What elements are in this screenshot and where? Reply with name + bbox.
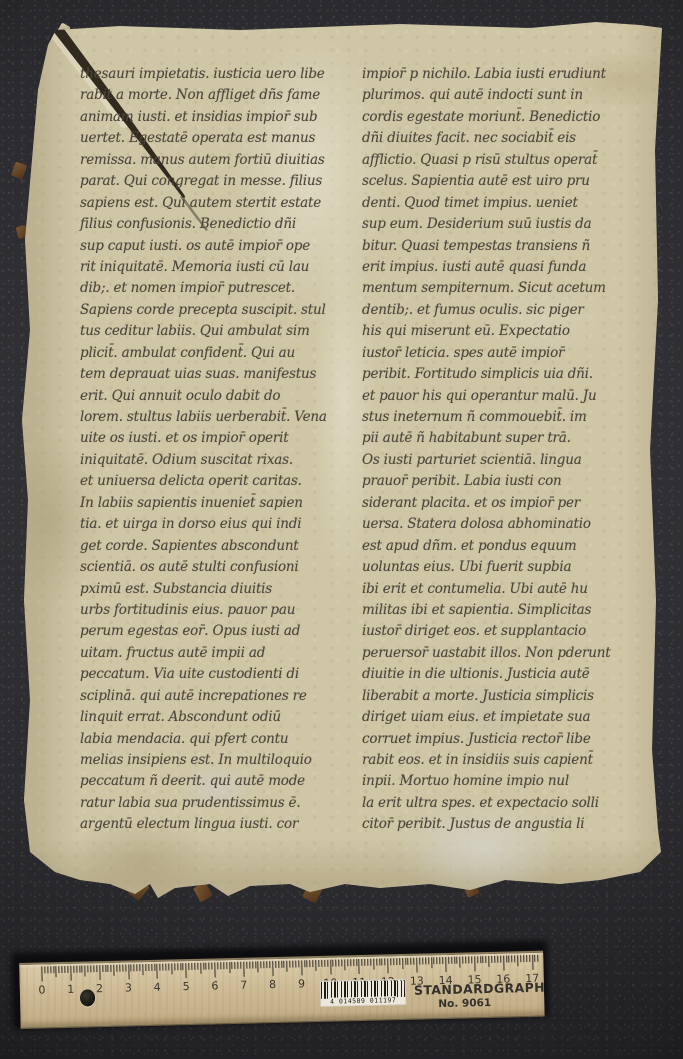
ruler-tick (136, 964, 137, 971)
manuscript-line: Os iusti parturiet scientiā. lingua (362, 450, 654, 471)
ruler-tick (324, 960, 325, 967)
ruler-tick (258, 961, 259, 972)
manuscript-line: diriget uiam eius. et impietate sua (362, 707, 654, 728)
ruler-tick (183, 963, 184, 970)
ruler-tick (220, 962, 221, 969)
ruler-tick (160, 964, 161, 971)
ruler-tick (76, 966, 77, 973)
manuscript-line: perum egestas eor̄. Opus iusti ad (80, 621, 356, 642)
manuscript-line: denti. Quod timet impius. ueniet (362, 193, 654, 214)
manuscript-line: sup caput iusti. os autē impior̄ ope (80, 236, 356, 257)
ruler-tick (99, 965, 100, 980)
ruler-tick (341, 959, 342, 966)
ruler-tick (485, 956, 486, 963)
ruler-tick (500, 956, 501, 963)
ruler-tick (292, 961, 293, 968)
ruler-tick (347, 959, 348, 966)
ruler-tick (142, 964, 143, 975)
manuscript-line: cordis egestate moriunt̄. Benedictio (362, 107, 654, 128)
ruler-tick (162, 964, 163, 971)
manuscript-line: uersa. Statera dolosa abhominatio (362, 514, 654, 535)
ruler-tick (439, 957, 440, 964)
ruler-tick (125, 964, 126, 971)
ruler-cm-number: 1 (67, 983, 74, 996)
ruler-tick (145, 964, 146, 971)
manuscript-line: scelus. Sapientia autē est uiro pru (362, 171, 654, 192)
manuscript-line: sup eum. Desiderium suū iustis da (362, 214, 654, 235)
ruler-tick (379, 959, 380, 966)
ruler-tick (269, 961, 270, 968)
torn-edge-fragment (11, 161, 27, 179)
ruler-tick (93, 965, 94, 972)
ruler-hanging-hole (80, 989, 95, 1006)
ruler-tick (226, 962, 227, 969)
manuscript-line: siderant placita. et os impior̄ per (362, 493, 654, 514)
ruler-tick (359, 959, 360, 974)
ruler-cm-number: 0 (38, 983, 45, 996)
ruler-tick (119, 965, 120, 972)
ruler-tick (177, 963, 178, 970)
ruler-cm-number: 3 (125, 981, 132, 994)
manuscript-line: uoluntas eius. Ubi fuerit supbia (362, 557, 654, 578)
ruler-tick (376, 959, 377, 966)
ruler-tick (275, 961, 276, 968)
ruler-tick (336, 960, 337, 967)
manuscript-line: thesauri impietatis. iusticia uero libe (80, 64, 356, 85)
manuscript-line: parat. Qui congregat in messe. filius (80, 171, 356, 192)
manuscript-line: argentū electum lingua iusti. cor (80, 814, 356, 835)
manuscript-line: sapiens est. Qui autem stertit estate (80, 193, 356, 214)
ruler-tick (232, 962, 233, 969)
ruler-tick (186, 963, 187, 978)
ruler-tick (411, 958, 412, 965)
manuscript-line: uitam. fructus autē impii ad (80, 643, 356, 664)
ruler-tick (310, 960, 311, 967)
ruler-tick (448, 957, 449, 964)
ruler-tick (191, 963, 192, 970)
ruler-tick (168, 963, 169, 970)
ruler-tick (110, 965, 111, 972)
ruler-tick (278, 961, 279, 968)
ruler-tick (436, 957, 437, 964)
ruler-tick (87, 965, 88, 972)
ruler-tick (408, 958, 409, 965)
ruler-tick (387, 958, 388, 973)
ruler-tick (240, 962, 241, 969)
ruler-cm-number: 8 (269, 978, 276, 991)
ruler-cm-number: 2 (96, 982, 103, 995)
barcode-digits: 4 014509 011197 (329, 996, 397, 1006)
ruler-tick (165, 964, 166, 971)
manuscript-line: dñi diuites facit. nec sociabit̄ eis (362, 128, 654, 149)
ruler-tick (537, 955, 538, 962)
ruler-cm-number: 5 (182, 980, 189, 993)
manuscript-line: prauor̄ peribit. Labia iusti con (362, 471, 654, 492)
ruler-tick (506, 956, 507, 963)
ruler-cm-number: 7 (240, 979, 247, 992)
ruler-tick (396, 958, 397, 965)
ruler-tick (252, 962, 253, 969)
barcode: 4 014509 011197 (320, 979, 407, 1007)
ruler-tick (425, 957, 426, 964)
ruler-tick (200, 963, 201, 974)
ruler-tick (180, 963, 181, 970)
ruler-tick (370, 959, 371, 966)
manuscript-line: iniquitatē. Odium suscitat rixas. (80, 450, 356, 471)
ruler-tick (353, 959, 354, 966)
ruler-tick (79, 966, 80, 973)
manuscript-column-right: impior̄ p nichilo. Labia iusti erudiuntp… (362, 64, 654, 836)
ruler-tick (96, 965, 97, 972)
ruler-tick (356, 959, 357, 966)
ruler-tick (102, 965, 103, 972)
ruler-tick (171, 963, 172, 974)
ruler-tick (90, 965, 91, 972)
manuscript-line: pii autē ñ habitabunt super trā. (362, 428, 654, 449)
wooden-ruler: 01234567891011121314151617 4 014509 0111… (19, 951, 544, 1029)
manuscript-line: lorem. stultus labiis uerberabit̄. Vena (80, 407, 356, 428)
ruler-tick (457, 957, 458, 964)
manuscript-line: Sapiens corde precepta suscipit. stul (80, 300, 356, 321)
ruler-tick (373, 959, 374, 970)
ruler-tick (488, 956, 489, 967)
manuscript-line: tia. et uirga in dorso eius qui indi (80, 514, 356, 535)
ruler-tick (206, 963, 207, 970)
ruler-tick (517, 955, 518, 966)
ruler-tick (523, 955, 524, 962)
ruler-tick (82, 966, 83, 973)
ruler-tick (214, 962, 215, 977)
ruler-tick (44, 966, 45, 973)
ruler-tick (217, 962, 218, 969)
ruler-tick (491, 956, 492, 963)
ruler-tick (419, 958, 420, 965)
ruler-tick (428, 957, 429, 964)
ruler-tick (59, 966, 60, 973)
ruler-tick (151, 964, 152, 971)
manuscript-column-left: thesauri impietatis. iusticia uero liber… (80, 64, 356, 836)
ruler-tick (413, 958, 414, 965)
ruler-tick (321, 960, 322, 967)
ruler-tick (281, 961, 282, 968)
manuscript-line: dentib;. et fumus oculis. sic piger (362, 300, 654, 321)
manuscript-line: rabit a morte. Non affliget dñs fame (80, 85, 356, 106)
ruler-tick (229, 962, 230, 973)
manuscript-line: inpii. Mortuo homine impio nul (362, 771, 654, 792)
ruler-tick (338, 959, 339, 966)
ruler-tick (344, 959, 345, 970)
ruler-tick (194, 963, 195, 970)
ruler-tick (402, 958, 403, 969)
manuscript-line: uite os iusti. et os impior̄ operit (80, 428, 356, 449)
ruler-tick (304, 960, 305, 967)
ruler-tick (454, 957, 455, 964)
ruler-tick (209, 963, 210, 970)
manuscript-line: iustor̄ diriget eos. et supplantacio (362, 621, 654, 642)
manuscript-line: corruet impius. Justicia rector̄ libe (362, 729, 654, 750)
ruler-tick (497, 956, 498, 963)
ruler-tick (534, 955, 535, 962)
manuscript-line: bitur. Quasi tempestas transiens ñ (362, 236, 654, 257)
ruler-tick (364, 959, 365, 966)
ruler-tick (295, 960, 296, 967)
ruler-tick (255, 961, 256, 968)
manuscript-line: tem deprauat uias suas. manifestus (80, 364, 356, 385)
ruler-tick (361, 959, 362, 966)
manuscript-line: linquit errat. Abscondunt odiū (80, 707, 356, 728)
ruler-tick (509, 955, 510, 962)
ruler-tick (108, 965, 109, 972)
ruler-tick (520, 955, 521, 962)
ruler-tick (405, 958, 406, 965)
ruler-tick (480, 956, 481, 963)
manuscript-line: la erit ultra spes. et expectacio solli (362, 793, 654, 814)
manuscript-line: erit. Qui annuit oculo dabit do (80, 386, 356, 407)
ruler-tick (327, 960, 328, 967)
ruler-tick (511, 955, 512, 962)
manuscript-line: dib;. et nomen impior̄ putrescet. (80, 278, 356, 299)
ruler-tick (442, 957, 443, 964)
manuscript-line: ratur labia sua prudentissimus ē. (80, 793, 356, 814)
ruler-tick (514, 955, 515, 962)
ruler-tick (197, 963, 198, 970)
ruler-tick (174, 963, 175, 970)
ruler-tick (367, 959, 368, 966)
ruler-cm-number: 9 (298, 977, 305, 990)
manuscript-line: et pauor his qui operantur malū. Ju (362, 386, 654, 407)
ruler-tick (350, 959, 351, 966)
manuscript-line: diuitie in die ultionis. Justicia autē (362, 664, 654, 685)
manuscript-line: afflictio. Quasi p risū stultus operat̄ (362, 150, 654, 171)
ruler-cm-number: 4 (154, 981, 161, 994)
ruler-tick (67, 966, 68, 973)
ruler-tick (399, 958, 400, 965)
ruler-tick (532, 955, 533, 970)
ruler-tick (318, 960, 319, 967)
ruler-tick (468, 956, 469, 963)
ruler-tick (261, 961, 262, 968)
ruler-model-label: No. 9061 (438, 997, 491, 1010)
manuscript-line: remissa. manus autem fortiū diuitias (80, 150, 356, 171)
ruler-tick (333, 960, 334, 967)
ruler-tick (41, 966, 42, 981)
ruler-tick (301, 960, 302, 975)
manuscript-line: melias insipiens est. In multiloquio (80, 750, 356, 771)
manuscript-line: pximū est. Substancia diuitis (80, 579, 356, 600)
ruler-tick (243, 962, 244, 977)
ruler-tick (503, 956, 504, 971)
manuscript-line: mentum sempiternum. Sicut acetum (362, 278, 654, 299)
ruler-tick (416, 958, 417, 973)
ruler-tick (47, 966, 48, 973)
ruler-tick (154, 964, 155, 971)
ruler-tick (105, 965, 106, 972)
ruler-tick (128, 964, 129, 979)
manuscript-line: militas ibi et sapientia. Simplicitas (362, 600, 654, 621)
manuscript-line: his qui miserunt eū. Expectatio (362, 321, 654, 342)
ruler-tick (116, 965, 117, 972)
ruler-tick (249, 962, 250, 969)
ruler-tick (148, 964, 149, 971)
ruler-tick (203, 963, 204, 970)
ruler-tick (289, 961, 290, 968)
ruler-tick (157, 964, 158, 979)
ruler-tick (312, 960, 313, 967)
manuscript-line: tus ceditur labiis. Qui ambulat sim (80, 321, 356, 342)
ruler-tick (529, 955, 530, 962)
ruler-tick (61, 966, 62, 973)
manuscript-line: impior̄ p nichilo. Labia iusti erudiunt (362, 64, 654, 85)
manuscript-line: peribit. Fortitudo simplicis uia dñi. (362, 364, 654, 385)
ruler-tick (131, 964, 132, 971)
manuscript-line: et uniuersa delicta operit caritas. (80, 471, 356, 492)
ruler-tick (246, 962, 247, 969)
ruler-tick (494, 956, 495, 963)
ruler-tick (235, 962, 236, 969)
ruler-cm-number: 6 (211, 979, 218, 992)
ruler-tick (298, 960, 299, 967)
ruler-tick (465, 956, 466, 963)
manuscript-line: est apud dñm. et pondus equum (362, 536, 654, 557)
manuscript-line: citor̄ peribit. Justus de angustia li (362, 814, 654, 835)
ruler-tick (390, 958, 391, 965)
manuscript-line: peruersor̄ uastabit illos. Non pderunt (362, 643, 654, 664)
ruler-tick (286, 961, 287, 972)
manuscript-line: plurimos. qui autē indocti sunt in (362, 85, 654, 106)
manuscript-line: peccatum ñ deerit. qui autē mode (80, 771, 356, 792)
ruler-tick (526, 955, 527, 962)
ruler-tick (272, 961, 273, 976)
ruler-tick (70, 966, 71, 981)
manuscript-line: get corde. Sapientes abscondunt (80, 536, 356, 557)
ruler-tick (113, 965, 114, 976)
ruler-tick (422, 957, 423, 964)
manuscript-line: plicit̄. ambulat confident̄. Qui au (80, 343, 356, 364)
ruler-tick (284, 961, 285, 968)
ruler-tick (471, 956, 472, 963)
ruler-tick (237, 962, 238, 969)
ruler-tick (451, 957, 452, 964)
ruler-tick (307, 960, 308, 967)
manuscript-line: labia mendacia. qui pfert contu (80, 729, 356, 750)
manuscript-line: liberabit a morte. Justicia simplicis (362, 686, 654, 707)
manuscript-line: stus ineternum ñ commouebit̄. im (362, 407, 654, 428)
ruler-tick (122, 965, 123, 972)
ruler-tick (266, 961, 267, 968)
ruler-tick (139, 964, 140, 971)
ruler-brand-label: STANDARDGRAPH (414, 980, 545, 998)
ruler-tick (73, 966, 74, 973)
manuscript-line: uertet. Egestatē operata est manus (80, 128, 356, 149)
ruler-tick (462, 957, 463, 964)
ruler-tick (477, 956, 478, 963)
manuscript-line: filius confusionis. Benedictio dñi (80, 214, 356, 235)
ruler-tick (483, 956, 484, 963)
ruler-tick (382, 958, 383, 965)
ruler-tick (223, 962, 224, 969)
manuscript-line: erit impius. iusti autē quasi funda (362, 257, 654, 278)
manuscript-line: rabit eos. et in insidiis suis capient̄ (362, 750, 654, 771)
ruler-tick (56, 966, 57, 977)
ruler-tick (330, 960, 331, 975)
ruler-tick (53, 966, 54, 973)
ruler-tick (474, 956, 475, 971)
ruler-tick (263, 961, 264, 968)
manuscript-line: iustor̄ leticia. spes autē impior̄ (362, 343, 654, 364)
manuscript-page: thesauri impietatis. iusticia uero liber… (22, 20, 664, 898)
manuscript-line: scientiā. os autē stulti confusioni (80, 557, 356, 578)
manuscript-line: rit iniquitatē. Memoria iusti cū lau (80, 257, 356, 278)
manuscript-line: sciplinā. qui autē increpationes re (80, 686, 356, 707)
ruler-tick (431, 957, 432, 968)
manuscript-line: animam iusti. et insidias impior̄ sub (80, 107, 356, 128)
photo-scene: thesauri impietatis. iusticia uero liber… (0, 0, 683, 1059)
ruler-tick (134, 964, 135, 971)
manuscript-line: peccatum. Via uite custodienti di (80, 664, 356, 685)
manuscript-line: urbs fortitudinis eius. pauor pau (80, 600, 356, 621)
ruler-tick (445, 957, 446, 972)
ruler-tick (315, 960, 316, 971)
ruler-tick (434, 957, 435, 964)
manuscript-line: ibi erit et contumelia. Ubi autē hu (362, 579, 654, 600)
ruler-tick (188, 963, 189, 970)
ruler-tick (385, 958, 386, 965)
ruler-tick (393, 958, 394, 965)
ruler-tick (50, 966, 51, 973)
manuscript-line: In labiis sapientis inueniet̄ sapien (80, 493, 356, 514)
ruler-tick (459, 957, 460, 968)
ruler-tick (85, 965, 86, 976)
ruler-tick (64, 966, 65, 973)
ruler-tick (211, 962, 212, 969)
